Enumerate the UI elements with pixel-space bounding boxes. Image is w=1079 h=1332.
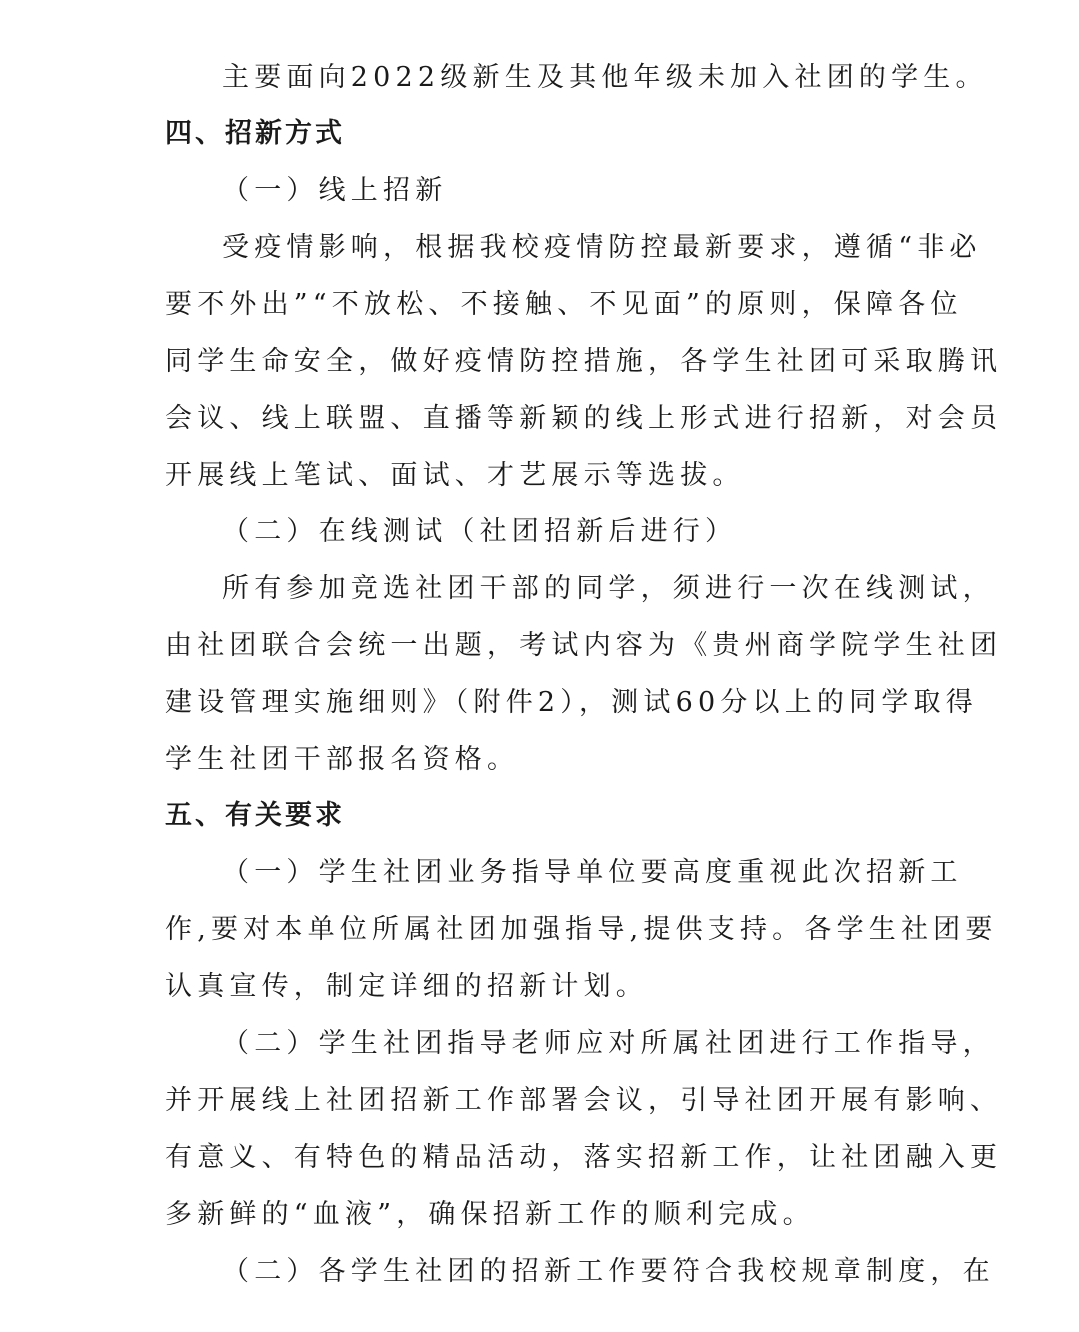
paragraph-line: 多新鲜的“血液”，确保招新工作的顺利完成。 <box>165 1195 917 1235</box>
paragraph-line: 作,要对本单位所属社团加强指导,提供支持。各学生社团要 <box>165 910 917 950</box>
paragraph-line: 建设管理实施细则》（附件2），测试60分以上的同学取得 <box>165 683 917 723</box>
section-heading-requirements: 五、有关要求 <box>165 796 917 836</box>
paragraph-line: （一）学生社团业务指导单位要高度重视此次招新工 <box>222 853 917 893</box>
paragraph-line: 受疫情影响，根据我校疫情防控最新要求，遵循“非必 <box>222 228 917 268</box>
paragraph-line: 认真宣传，制定详细的招新计划。 <box>165 967 917 1007</box>
paragraph-line: 要不外出”“不放松、不接触、不见面”的原则，保障各位 <box>165 285 917 325</box>
document-page: 主要面向2022级新生及其他年级未加入社团的学生。 四、招新方式 （一）线上招新… <box>0 0 1079 1332</box>
subheading-online-recruitment: （一）线上招新 <box>222 171 974 211</box>
subheading-online-test: （二）在线测试（社团招新后进行） <box>222 512 974 552</box>
paragraph-line: 所有参加竞选社团干部的同学，须进行一次在线测试， <box>222 569 917 609</box>
paragraph-line: 会议、线上联盟、直播等新颖的线上形式进行招新，对会员 <box>165 399 917 439</box>
paragraph-line: （二）学生社团指导老师应对所属社团进行工作指导， <box>222 1024 917 1064</box>
paragraph-line: 有意义、有特色的精品活动，落实招新工作，让社团融入更 <box>165 1138 917 1178</box>
section-heading-recruitment-methods: 四、招新方式 <box>165 114 917 154</box>
paragraph-line: （二）各学生社团的招新工作要符合我校规章制度，在 <box>222 1252 917 1292</box>
paragraph-line: 学生社团干部报名资格。 <box>165 740 917 780</box>
paragraph-line: 同学生命安全，做好疫情防控措施，各学生社团可采取腾讯 <box>165 342 917 382</box>
paragraph-line: 由社团联合会统一出题，考试内容为《贵州商学院学生社团 <box>165 626 917 666</box>
paragraph-line: 并开展线上社团招新工作部署会议，引导社团开展有影响、 <box>165 1081 917 1121</box>
paragraph-line: 开展线上笔试、面试、才艺展示等选拔。 <box>165 456 917 496</box>
paragraph-target-audience-line: 主要面向2022级新生及其他年级未加入社团的学生。 <box>222 58 917 98</box>
